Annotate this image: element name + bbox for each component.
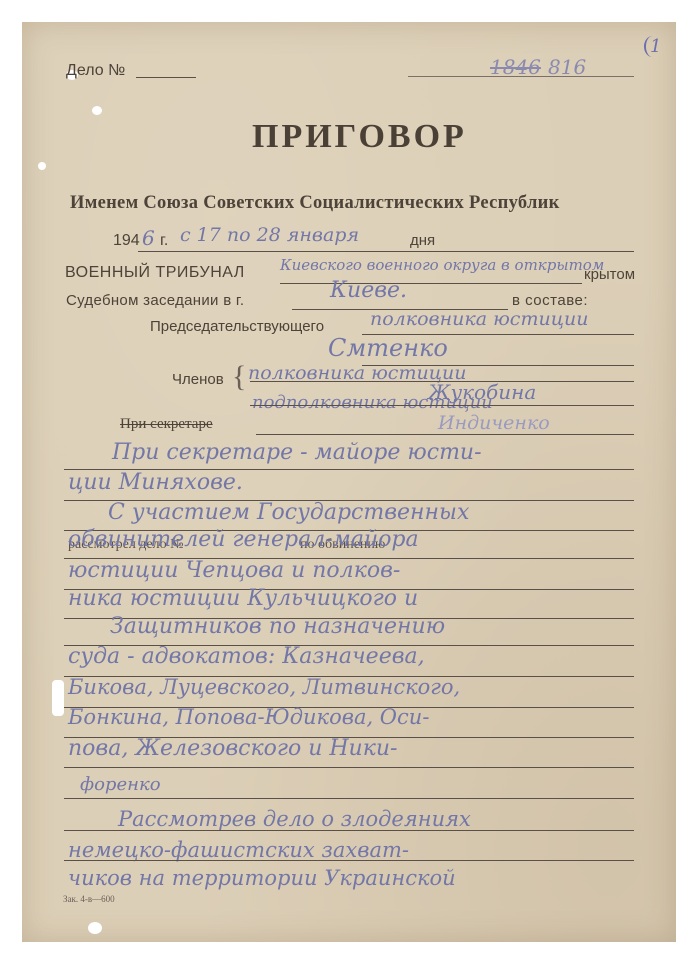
- chairman-label: Председательствующего: [150, 318, 324, 335]
- trial-dates: с 17 по 28 января: [180, 224, 359, 246]
- body-line: С участием Государственных: [108, 500, 469, 525]
- secretary-label-struck: При секретаре: [120, 416, 213, 433]
- session-city: Киеве.: [330, 278, 407, 303]
- date-line: [138, 251, 634, 252]
- body-line: форенко: [80, 774, 161, 795]
- tribunal-label: ВОЕННЫЙ ТРИБУНАЛ: [65, 264, 245, 282]
- body-line: ции Миняхове.: [68, 470, 243, 495]
- members-label: Членов: [172, 371, 224, 388]
- document-subtitle: Именем Союза Советских Социалистических …: [70, 193, 560, 214]
- body-line: Бонкина, Попова-Юдикова, Оси-: [68, 705, 429, 729]
- body-line: юстиции Чепцова и полков-: [68, 558, 400, 583]
- tribunal-line-end: крытом: [584, 266, 635, 283]
- year-suffix: г.: [160, 232, 168, 250]
- body-rule: [64, 830, 634, 831]
- body-line: Защитников по назначению: [110, 614, 445, 639]
- body-line: Рассмотрев дело о злодеяниях: [118, 807, 471, 831]
- body-line: Бикова, Луцевского, Литвинского,: [68, 675, 460, 699]
- member-2-rank: подполковника юстиции: [252, 392, 493, 413]
- print-order-number: Зак. 4-в—600: [63, 894, 115, 904]
- body-rule: [64, 860, 634, 861]
- body-line: ника юстиции Кульчицкого и: [68, 586, 418, 611]
- member-2-name: Индиченко: [438, 412, 550, 434]
- case-number-label: Дело №: [66, 62, 125, 80]
- body-line: пова, Железовского и Ники-: [68, 736, 397, 761]
- page-number: 1: [644, 36, 661, 57]
- paper-hole: [38, 162, 46, 170]
- body-line: немецко-фашистских захват-: [68, 838, 409, 862]
- chairman-rank: полковника юстиции: [370, 308, 588, 330]
- body-rule: [64, 767, 634, 768]
- composition-label: в составе:: [512, 292, 588, 309]
- members-brace: {: [232, 360, 246, 394]
- body-line: При секретаре - майоре юсти-: [112, 440, 482, 465]
- members-line-1: [250, 381, 634, 382]
- chairman-name: Смтенко: [328, 334, 448, 362]
- archive-number-line: [408, 76, 634, 77]
- tribunal-line: [280, 283, 582, 284]
- paper-hole: [88, 922, 102, 934]
- session-label: Судебном заседании в г.: [66, 292, 244, 309]
- tribunal-name: Киевского военного округа в открытом: [280, 256, 604, 274]
- year-printed: 194: [113, 232, 140, 250]
- paper-hole: [52, 680, 64, 716]
- body-rule: [64, 798, 634, 799]
- members-line-2: [250, 405, 634, 406]
- year-handwritten: 6: [142, 226, 155, 250]
- body-line: суда - адвокатов: Казначеева,: [68, 644, 425, 669]
- body-line: чиков на территории Украинской: [68, 866, 456, 890]
- body-line: обвинителей генерал-майора: [68, 527, 419, 552]
- case-number-line: [136, 77, 196, 78]
- day-label: дня: [410, 232, 435, 249]
- paper-hole: [92, 106, 102, 115]
- document-title: ПРИГОВОР: [252, 118, 467, 156]
- secretary-line: [256, 434, 634, 435]
